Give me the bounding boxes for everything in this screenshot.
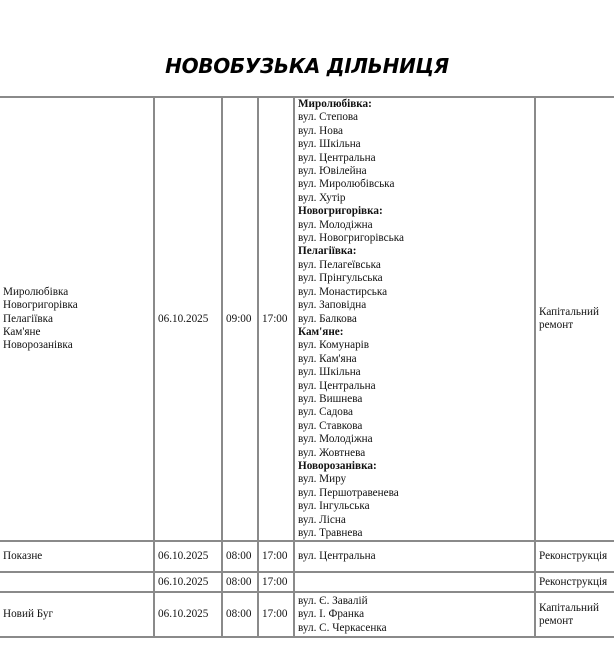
start-time-cell: 08:00 — [222, 572, 258, 592]
table-row: Новий Буг06.10.202508:0017:00вул. Є. Зав… — [0, 592, 614, 637]
table-row: Показне06.10.202508:0017:00вул. Централь… — [0, 541, 614, 572]
street-name: вул. Ставкова — [298, 420, 531, 433]
table-row: МиролюбівкаНовогригорівкаПелагіївкаКам'я… — [0, 97, 614, 541]
street-name: вул. Є. Завалій — [298, 595, 531, 608]
street-name: вул. Молодіжна — [298, 219, 531, 232]
street-name: вул. Молодіжна — [298, 433, 531, 446]
reason-cell: Реконструкція — [535, 541, 614, 572]
street-name: вул. І. Франка — [298, 608, 531, 621]
reason-cell: Реконструкція — [535, 572, 614, 592]
street-name: вул. Садова — [298, 406, 531, 419]
settlements-cell: МиролюбівкаНовогригорівкаПелагіївкаКам'я… — [0, 97, 154, 541]
end-time-cell: 17:00 — [258, 541, 294, 572]
street-name: вул. Першотравенева — [298, 487, 531, 500]
street-group-heading: Пелагіївка: — [298, 245, 531, 258]
settlement-name: Кам'яне — [3, 326, 150, 339]
settlement-name: Пелагіївка — [3, 313, 150, 326]
date-cell: 06.10.2025 — [154, 97, 222, 541]
page-title: НОВОБУЗЬКА ДІЛЬНИЦЯ — [0, 54, 614, 78]
settlement-name: Новий Буг — [3, 608, 150, 621]
street-name: вул. Лісна — [298, 514, 531, 527]
street-name: вул. Нова — [298, 125, 531, 138]
table-row: 06.10.202508:0017:00Реконструкція — [0, 572, 614, 592]
street-name: вул. Жовтнева — [298, 447, 531, 460]
work-reason: Капітальний — [539, 306, 614, 319]
street-name: вул. Комунарів — [298, 339, 531, 352]
start-time-cell: 08:00 — [222, 592, 258, 637]
street-name: вул. Кам'яна — [298, 353, 531, 366]
street-name: вул. Хутір — [298, 192, 531, 205]
street-group-heading: Миролюбівка: — [298, 98, 531, 111]
street-name: вул. Інгульська — [298, 500, 531, 513]
settlements-cell — [0, 572, 154, 592]
streets-cell: вул. Є. Завалійвул. І. Франкавул. С. Чер… — [294, 592, 535, 637]
work-reason: ремонт — [539, 319, 614, 332]
street-name: вул. Центральна — [298, 152, 531, 165]
street-name: вул. Новогригорівська — [298, 232, 531, 245]
street-name: вул. С. Черкасенка — [298, 622, 531, 635]
end-time-cell: 17:00 — [258, 572, 294, 592]
street-name: вул. Миролюбівська — [298, 178, 531, 191]
street-group-heading: Новогригорівка: — [298, 205, 531, 218]
work-reason: ремонт — [539, 615, 614, 628]
date-cell: 06.10.2025 — [154, 541, 222, 572]
street-name: вул. Пелагеївська — [298, 259, 531, 272]
streets-cell — [294, 572, 535, 592]
street-name: вул. Монастирська — [298, 286, 531, 299]
street-name: вул. Вишнева — [298, 393, 531, 406]
reason-cell: Капітальнийремонт — [535, 592, 614, 637]
reason-cell: Капітальнийремонт — [535, 97, 614, 541]
outage-schedule-table: МиролюбівкаНовогригорівкаПелагіївкаКам'я… — [0, 96, 614, 638]
settlement-name: Новорозанівка — [3, 339, 150, 352]
street-group-heading: Кам'яне: — [298, 326, 531, 339]
street-name: вул. Шкільна — [298, 366, 531, 379]
street-name: вул. Ювілейна — [298, 165, 531, 178]
settlement-name: Новогригорівка — [3, 299, 150, 312]
date-cell: 06.10.2025 — [154, 592, 222, 637]
settlement-name: Миролюбівка — [3, 286, 150, 299]
street-name: вул. Прінгульська — [298, 272, 531, 285]
street-name: вул. Балкова — [298, 313, 531, 326]
street-name: вул. Шкільна — [298, 138, 531, 151]
work-reason: Реконструкція — [539, 550, 614, 563]
street-name: вул. Заповідна — [298, 299, 531, 312]
streets-cell: Миролюбівка:вул. Степовавул. Новавул. Шк… — [294, 97, 535, 541]
work-reason: Капітальний — [539, 602, 614, 615]
start-time-cell: 08:00 — [222, 541, 258, 572]
street-group-heading: Новорозанівка: — [298, 460, 531, 473]
street-name: вул. Центральна — [298, 380, 531, 393]
streets-cell: вул. Центральна — [294, 541, 535, 572]
settlement-name: Показне — [3, 550, 150, 563]
street-name: вул. Степова — [298, 111, 531, 124]
settlements-cell: Показне — [0, 541, 154, 572]
end-time-cell: 17:00 — [258, 97, 294, 541]
street-name: вул. Миру — [298, 473, 531, 486]
settlements-cell: Новий Буг — [0, 592, 154, 637]
end-time-cell: 17:00 — [258, 592, 294, 637]
street-name: вул. Центральна — [298, 550, 531, 563]
street-name: вул. Травнева — [298, 527, 531, 540]
start-time-cell: 09:00 — [222, 97, 258, 541]
work-reason: Реконструкція — [539, 576, 614, 589]
date-cell: 06.10.2025 — [154, 572, 222, 592]
